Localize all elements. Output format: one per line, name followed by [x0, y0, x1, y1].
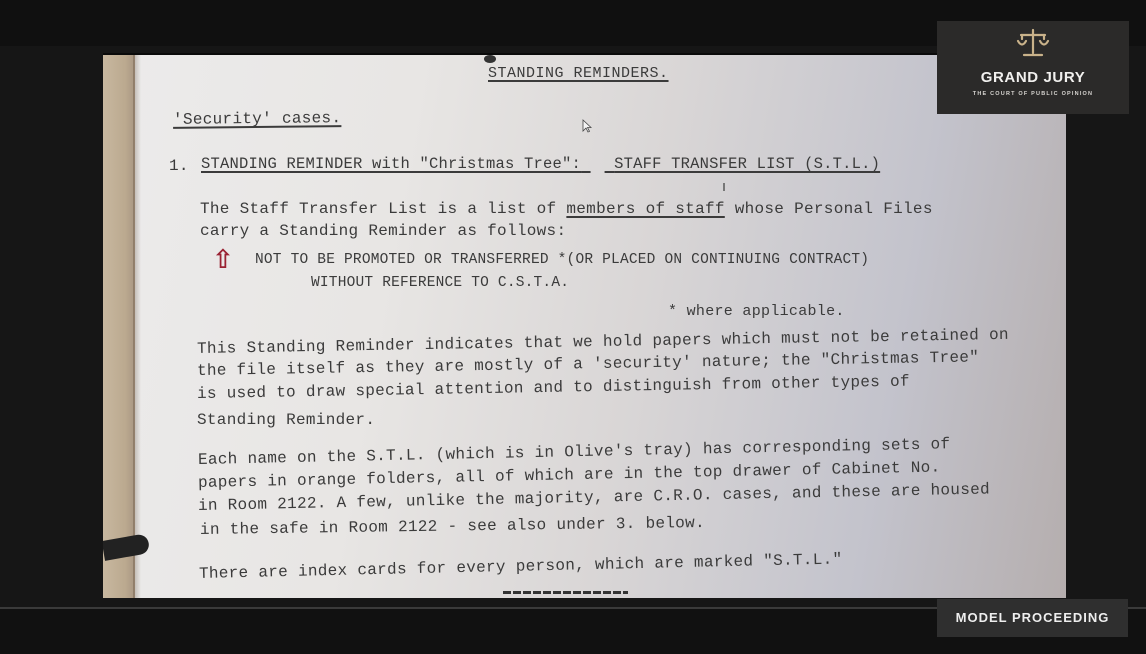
binder-edge	[103, 55, 135, 598]
document-photo: STANDING REMINDERS. 'Security' cases. 1.…	[103, 53, 1066, 598]
para2-line4: Standing Reminder.	[197, 411, 375, 429]
item-title-part1: STANDING REMINDER with "Christmas Tree":	[201, 155, 581, 173]
staple	[484, 55, 496, 63]
item-title-part2: STAFF TRANSFER LIST (S.T.L.)	[614, 155, 880, 173]
para3-line4: in the safe in Room 2122 - see also unde…	[200, 514, 705, 539]
reminder-line2: WITHOUT REFERENCE TO C.S.T.A.	[311, 275, 569, 291]
document-heading: STANDING REMINDERS.	[488, 65, 669, 82]
model-proceeding-badge: MODEL PROCEEDING	[937, 599, 1128, 637]
para4: There are index cards for every person, …	[199, 550, 843, 583]
christmas-tree-icon: ⇧	[212, 245, 234, 275]
item-title: STANDING REMINDER with "Christmas Tree":…	[201, 155, 880, 173]
binder-shadow	[133, 55, 141, 598]
logo-title: GRAND JURY	[937, 69, 1129, 86]
footnote: * where applicable.	[668, 303, 845, 320]
section-title: 'Security' cases.	[173, 109, 342, 129]
underlined-phrase: members of staff	[566, 200, 724, 218]
end-rule	[503, 591, 628, 594]
para1-line1: The Staff Transfer List is a list of mem…	[200, 200, 933, 218]
logo-subtitle: THE COURT OF PUBLIC OPINION	[937, 91, 1129, 97]
grand-jury-logo: GRAND JURY THE COURT OF PUBLIC OPINION	[937, 21, 1129, 114]
scales-of-justice-icon	[1016, 28, 1050, 58]
reminder-line1: NOT TO BE PROMOTED OR TRANSFERRED *(OR P…	[255, 252, 869, 268]
paper-mark	[723, 183, 725, 191]
item-number: 1.	[169, 157, 189, 175]
para1-line2: carry a Standing Reminder as follows:	[200, 222, 566, 240]
